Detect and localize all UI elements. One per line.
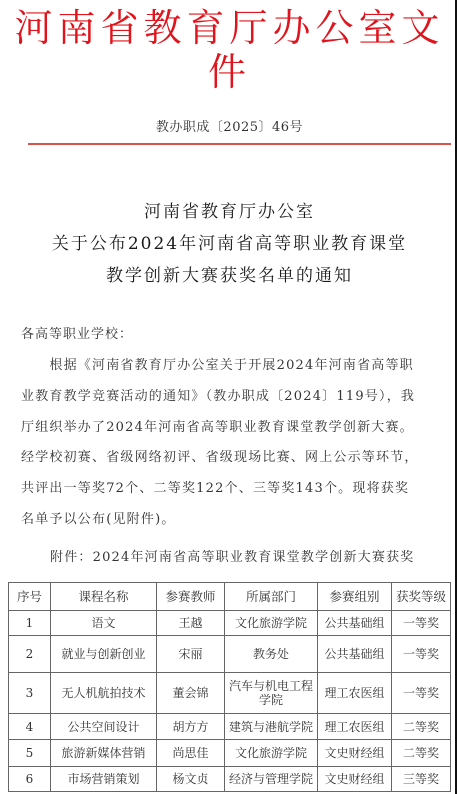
attachment-title: 附件：2024年河南省高等职业教育课堂教学创新大赛获奖	[50, 546, 414, 565]
body-text-line: 业教育教学竞赛活动的通知》（教办职成〔2024〕119号），我	[21, 385, 441, 404]
body-text-line: 名单予以公布(见附件)。	[21, 508, 441, 527]
cell-department: 文化旅游学院	[225, 611, 318, 636]
body-text-line: 共评出一等奖72个、二等奖122个、三等奖143个。现将获奖	[21, 477, 441, 496]
notice-title-line-1: 河南省教育厅办公室	[0, 202, 459, 222]
cell-group: 理工农医组	[318, 714, 392, 740]
cell-award-level: 二等奖	[392, 714, 451, 740]
cell-award-level: 一等奖	[392, 611, 451, 636]
cell-department: 教务处	[225, 636, 318, 673]
header-teacher: 参赛教师	[157, 583, 225, 611]
cell-index: 2	[9, 636, 51, 673]
cell-department: 文化旅游学院	[225, 740, 318, 767]
header-course-name: 课程名称	[51, 583, 157, 611]
cell-course-name: 就业与创新创业	[51, 636, 157, 673]
cell-index: 4	[9, 714, 51, 740]
body-text-line: 经学校初赛、省级网络初评、省级现场比赛、网上公示等环节，	[21, 446, 441, 465]
cell-course-name: 市场营销策划	[51, 767, 157, 792]
cell-award-level: 一等奖	[392, 673, 451, 714]
header-award-level: 获奖等级	[392, 583, 451, 611]
cell-index: 5	[9, 740, 51, 767]
cell-teacher: 尚思佳	[157, 740, 225, 767]
table-row: 6 市场营销策划 杨文贞 经济与管理学院 文史财经组 三等奖	[9, 767, 451, 792]
cell-course-name: 旅游新媒体营销	[51, 740, 157, 767]
header-department: 所属部门	[225, 583, 318, 611]
cell-teacher: 王越	[157, 611, 225, 636]
cell-index: 6	[9, 767, 51, 792]
table-row: 3 无人机航拍技术 董会锦 汽车与机电工程学院 理工农医组 一等奖	[9, 673, 451, 714]
salutation: 各高等职业学校：	[21, 323, 133, 342]
table-header-row: 序号 课程名称 参赛教师 所属部门 参赛组别 获奖等级	[9, 583, 451, 611]
table-row: 4 公共空间设计 胡方方 建筑与港航学院 理工农医组 二等奖	[9, 714, 451, 740]
document-number: 教办职成〔2025〕46号	[0, 116, 459, 135]
header-index: 序号	[9, 583, 51, 611]
cell-group: 文史财经组	[318, 767, 392, 792]
cell-index: 3	[9, 673, 51, 714]
cell-award-level: 二等奖	[392, 740, 451, 767]
cell-group: 理工农医组	[318, 673, 392, 714]
cell-teacher: 宋丽	[157, 636, 225, 673]
cell-teacher: 董会锦	[157, 673, 225, 714]
cell-group: 公共基础组	[318, 611, 392, 636]
red-separator-rule	[28, 143, 451, 145]
cell-department: 汽车与机电工程学院	[225, 673, 318, 714]
body-text-line: 根据《河南省教育厅办公室关于开展2024年河南省高等职	[21, 354, 441, 373]
cell-course-name: 无人机航拍技术	[51, 673, 157, 714]
body-text-line: 厅组织举办了2024年河南省高等职业教育课堂教学创新大赛。	[21, 416, 441, 435]
table-row: 1 语文 王越 文化旅游学院 公共基础组 一等奖	[9, 611, 451, 636]
cell-department: 建筑与港航学院	[225, 714, 318, 740]
cell-course-name: 语文	[51, 611, 157, 636]
cell-course-name: 公共空间设计	[51, 714, 157, 740]
header-group: 参赛组别	[318, 583, 392, 611]
cell-award-level: 三等奖	[392, 767, 451, 792]
document-masthead: 河南省教育厅办公室文件	[0, 6, 459, 94]
notice-title-line-3: 教学创新大赛获奖名单的通知	[0, 266, 459, 286]
award-list-table: 序号 课程名称 参赛教师 所属部门 参赛组别 获奖等级 1 语文 王越 文化旅游…	[8, 582, 451, 792]
notice-title-line-2: 关于公布2024年河南省高等职业教育课堂	[0, 234, 459, 254]
cell-teacher: 杨文贞	[157, 767, 225, 792]
cell-teacher: 胡方方	[157, 714, 225, 740]
cell-index: 1	[9, 611, 51, 636]
cell-group: 文史财经组	[318, 740, 392, 767]
cell-group: 公共基础组	[318, 636, 392, 673]
table-row: 2 就业与创新创业 宋丽 教务处 公共基础组 一等奖	[9, 636, 451, 673]
table-row: 5 旅游新媒体营销 尚思佳 文化旅游学院 文史财经组 二等奖	[9, 740, 451, 767]
cell-department: 经济与管理学院	[225, 767, 318, 792]
cell-award-level: 一等奖	[392, 636, 451, 673]
